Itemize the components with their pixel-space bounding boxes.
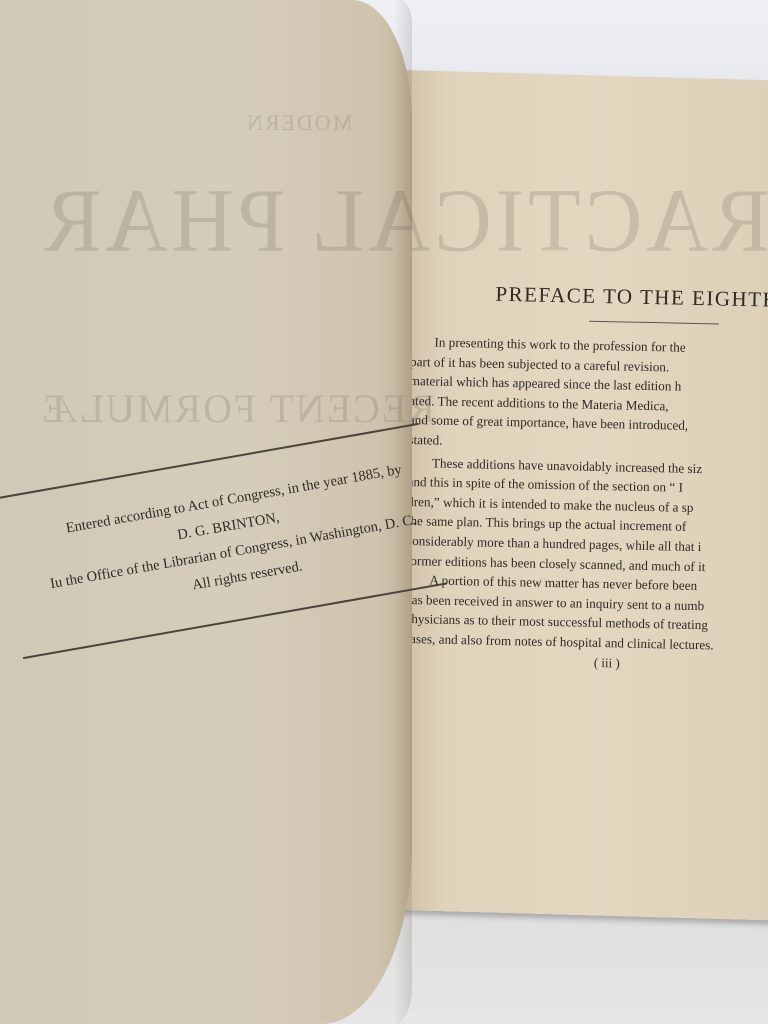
show-through-text: PRACTICAL PHAR — [40, 168, 768, 273]
left-book-page: MODERN PRACTICAL PHAR RECENT FORMULÆ Ent… — [0, 0, 412, 1024]
preface-paragraph-1: In presenting this work to the professio… — [408, 332, 768, 457]
preface-title: PREFACE TO THE EIGHTH E — [495, 282, 768, 313]
preface-paragraph-2: These additions have unavoidably increas… — [406, 453, 768, 578]
preface-paragraph-3: A portion of this new matter has never b… — [404, 570, 768, 656]
show-through-text: MODERN — [245, 110, 352, 136]
copyright-text: Entered according to Act of Congress, in… — [0, 452, 442, 629]
title-rule-divider — [589, 321, 719, 325]
preface-page-content: PREFACE TO THE EIGHTH E In presenting th… — [404, 270, 768, 674]
